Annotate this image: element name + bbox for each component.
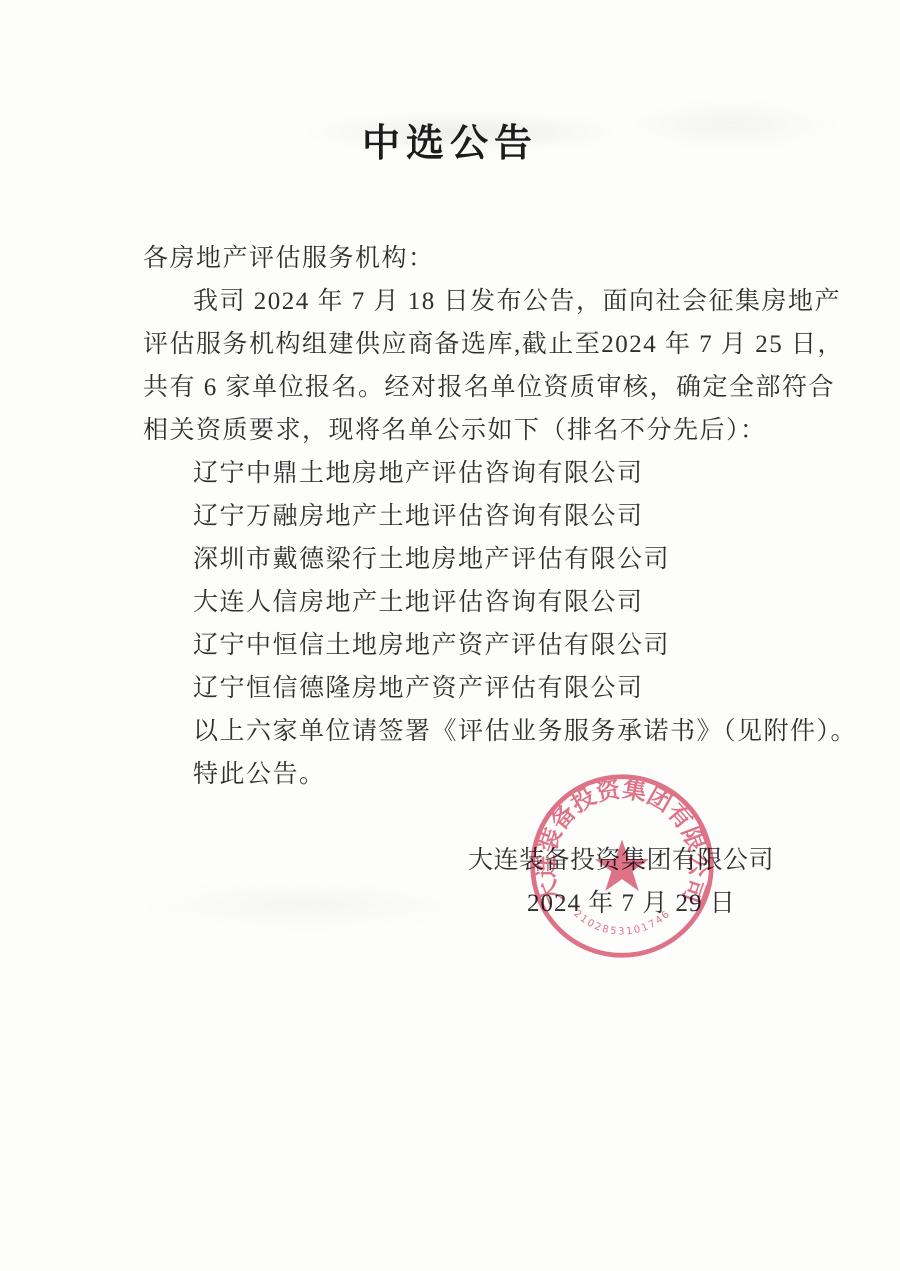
company-list-item: 辽宁恒信德隆房地产资产评估有限公司 bbox=[143, 667, 803, 710]
company-list-item: 深圳市戴德梁行土地房地产评估有限公司 bbox=[143, 538, 803, 581]
salutation-line: 各房地产评估服务机构： bbox=[143, 237, 803, 280]
company-list-item: 辽宁中恒信土地房地产资产评估有限公司 bbox=[143, 624, 803, 667]
company-list-item: 辽宁中鼎土地房地产评估咨询有限公司 bbox=[143, 452, 803, 495]
body-line: 相关资质要求，现将名单公示如下（排名不分先后）： bbox=[143, 409, 803, 452]
signature-date: 2024 年 7 月 29 日 bbox=[527, 883, 736, 919]
sign-off-line: 特此公告。 bbox=[143, 753, 803, 796]
body-line: 我司 2024 年 7 月 18 日发布公告，面向社会征集房地产 bbox=[143, 280, 803, 323]
body-line: 评估服务机构组建供应商备选库,截止至2024 年 7 月 25 日， bbox=[143, 323, 803, 366]
company-list-item: 辽宁万融房地产土地评估咨询有限公司 bbox=[143, 495, 803, 538]
company-list-item: 大连人信房地产土地评估咨询有限公司 bbox=[143, 581, 803, 624]
scan-smudge bbox=[140, 880, 470, 930]
page-title: 中选公告 bbox=[0, 112, 900, 167]
document-page: 中选公告 各房地产评估服务机构： 我司 2024 年 7 月 18 日发布公告，… bbox=[0, 0, 900, 1271]
closing-line: 以上六家单位请签署《评估业务服务承诺书》（见附件）。 bbox=[143, 710, 803, 753]
body-line: 共有 6 家单位报名。经对报名单位资质审核，确定全部符合 bbox=[143, 366, 803, 409]
announcement-body: 各房地产评估服务机构： 我司 2024 年 7 月 18 日发布公告，面向社会征… bbox=[143, 237, 803, 796]
signature-company-name: 大连装备投资集团有限公司 bbox=[468, 840, 774, 876]
